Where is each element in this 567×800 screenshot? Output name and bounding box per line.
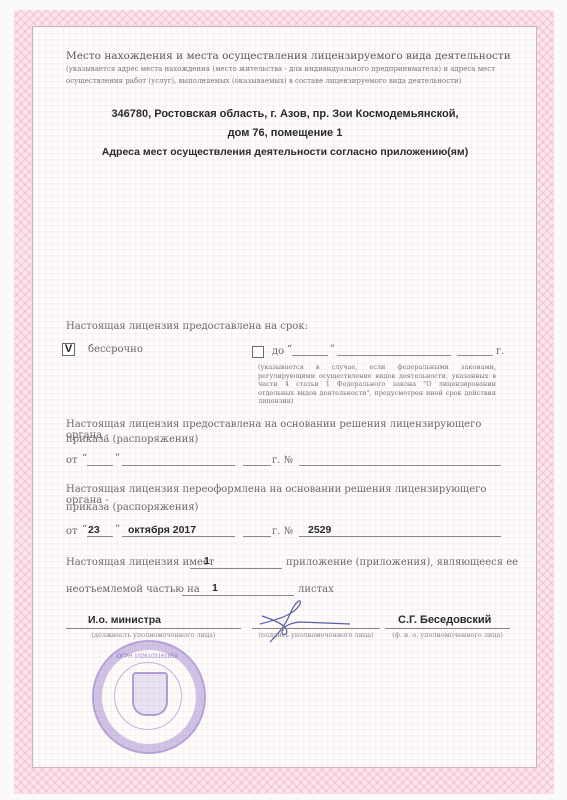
granted-month-field[interactable] xyxy=(122,465,235,466)
until-day-field[interactable] xyxy=(292,355,328,356)
reissued-year-field[interactable] xyxy=(243,536,271,537)
until-quote-open: “ xyxy=(287,344,292,355)
appendix-text-before: Настоящая лицензия имеет xyxy=(66,557,214,568)
until-prefix: до xyxy=(272,346,284,357)
appendix-sheets-value: 1 xyxy=(212,582,218,594)
reissued-month-year-value: октября 2017 xyxy=(128,524,196,536)
header-title-block: Место нахождения и места осуществления л… xyxy=(66,50,521,87)
appendix-text-after: приложение (приложения), являющееся ее xyxy=(286,557,518,568)
signature-caption: (подпись уполномоченного лица) xyxy=(252,631,380,639)
term-note: (указывается в случае, если федеральными… xyxy=(258,363,496,406)
term-label: Настоящая лицензия предоставлена на срок… xyxy=(66,321,308,332)
granted-day-field[interactable] xyxy=(87,465,113,466)
granted-number-field[interactable] xyxy=(299,465,501,466)
position-value: И.о. министра xyxy=(88,614,161,626)
signature-field xyxy=(252,628,380,629)
position-field xyxy=(66,628,241,629)
until-year-field[interactable] xyxy=(457,355,493,356)
reissued-month-field[interactable] xyxy=(122,536,235,537)
address-line-1: 346780, Ростовская область, г. Азов, пр.… xyxy=(60,108,510,120)
name-caption: (ф. и. о. уполномоченного лица) xyxy=(385,631,510,639)
reissued-text-2: приказа (распоряжения) xyxy=(66,502,198,513)
granted-text-2: приказа (распоряжения) xyxy=(66,434,198,445)
reissued-quote-close: ” xyxy=(115,524,120,535)
appendix-text2-before: неотъемлемой частью на xyxy=(66,584,200,595)
until-checkbox[interactable] xyxy=(252,346,264,358)
coat-of-arms-icon xyxy=(132,672,168,716)
name-field xyxy=(385,628,510,629)
appendix-count-value: 1 xyxy=(204,555,210,567)
position-caption: (должность уполномоченного лица) xyxy=(66,631,241,639)
header-title: Место нахождения и места осуществления л… xyxy=(66,50,511,62)
reissued-quote-open: “ xyxy=(82,524,87,535)
reissued-day-field[interactable] xyxy=(87,536,113,537)
reissued-year-no-label: г. № xyxy=(272,526,293,537)
address-line-3: Адреса мест осуществления деятельности с… xyxy=(60,146,510,158)
granted-year-no-label: г. № xyxy=(272,455,293,466)
until-quote-close: ” xyxy=(330,344,335,355)
reissued-number-field[interactable] xyxy=(299,536,501,537)
reissued-from-label: от xyxy=(66,526,78,537)
indefinite-checkbox[interactable]: V xyxy=(62,343,75,356)
seal-text: ОГРН 1026103161859 xyxy=(94,654,200,660)
appendix-count-field[interactable] xyxy=(190,568,282,569)
reissued-number-value: 2529 xyxy=(308,524,331,536)
granted-from-label: от xyxy=(66,455,78,466)
granted-quote-close: ” xyxy=(115,453,120,464)
granted-year-field[interactable] xyxy=(243,465,271,466)
official-seal-icon: ОГРН 1026103161859 xyxy=(92,640,206,754)
until-year-suffix: г. xyxy=(496,346,504,357)
until-month-field[interactable] xyxy=(337,355,451,356)
name-value: С.Г. Беседовский xyxy=(398,614,491,626)
header-title-note: (указывается адрес места нахождения (мес… xyxy=(66,65,495,85)
granted-quote-open: “ xyxy=(82,453,87,464)
address-line-2: дом 76, помещение 1 xyxy=(60,127,510,139)
reissued-day-value: 23 xyxy=(88,524,100,536)
indefinite-label: бессрочно xyxy=(88,344,143,355)
